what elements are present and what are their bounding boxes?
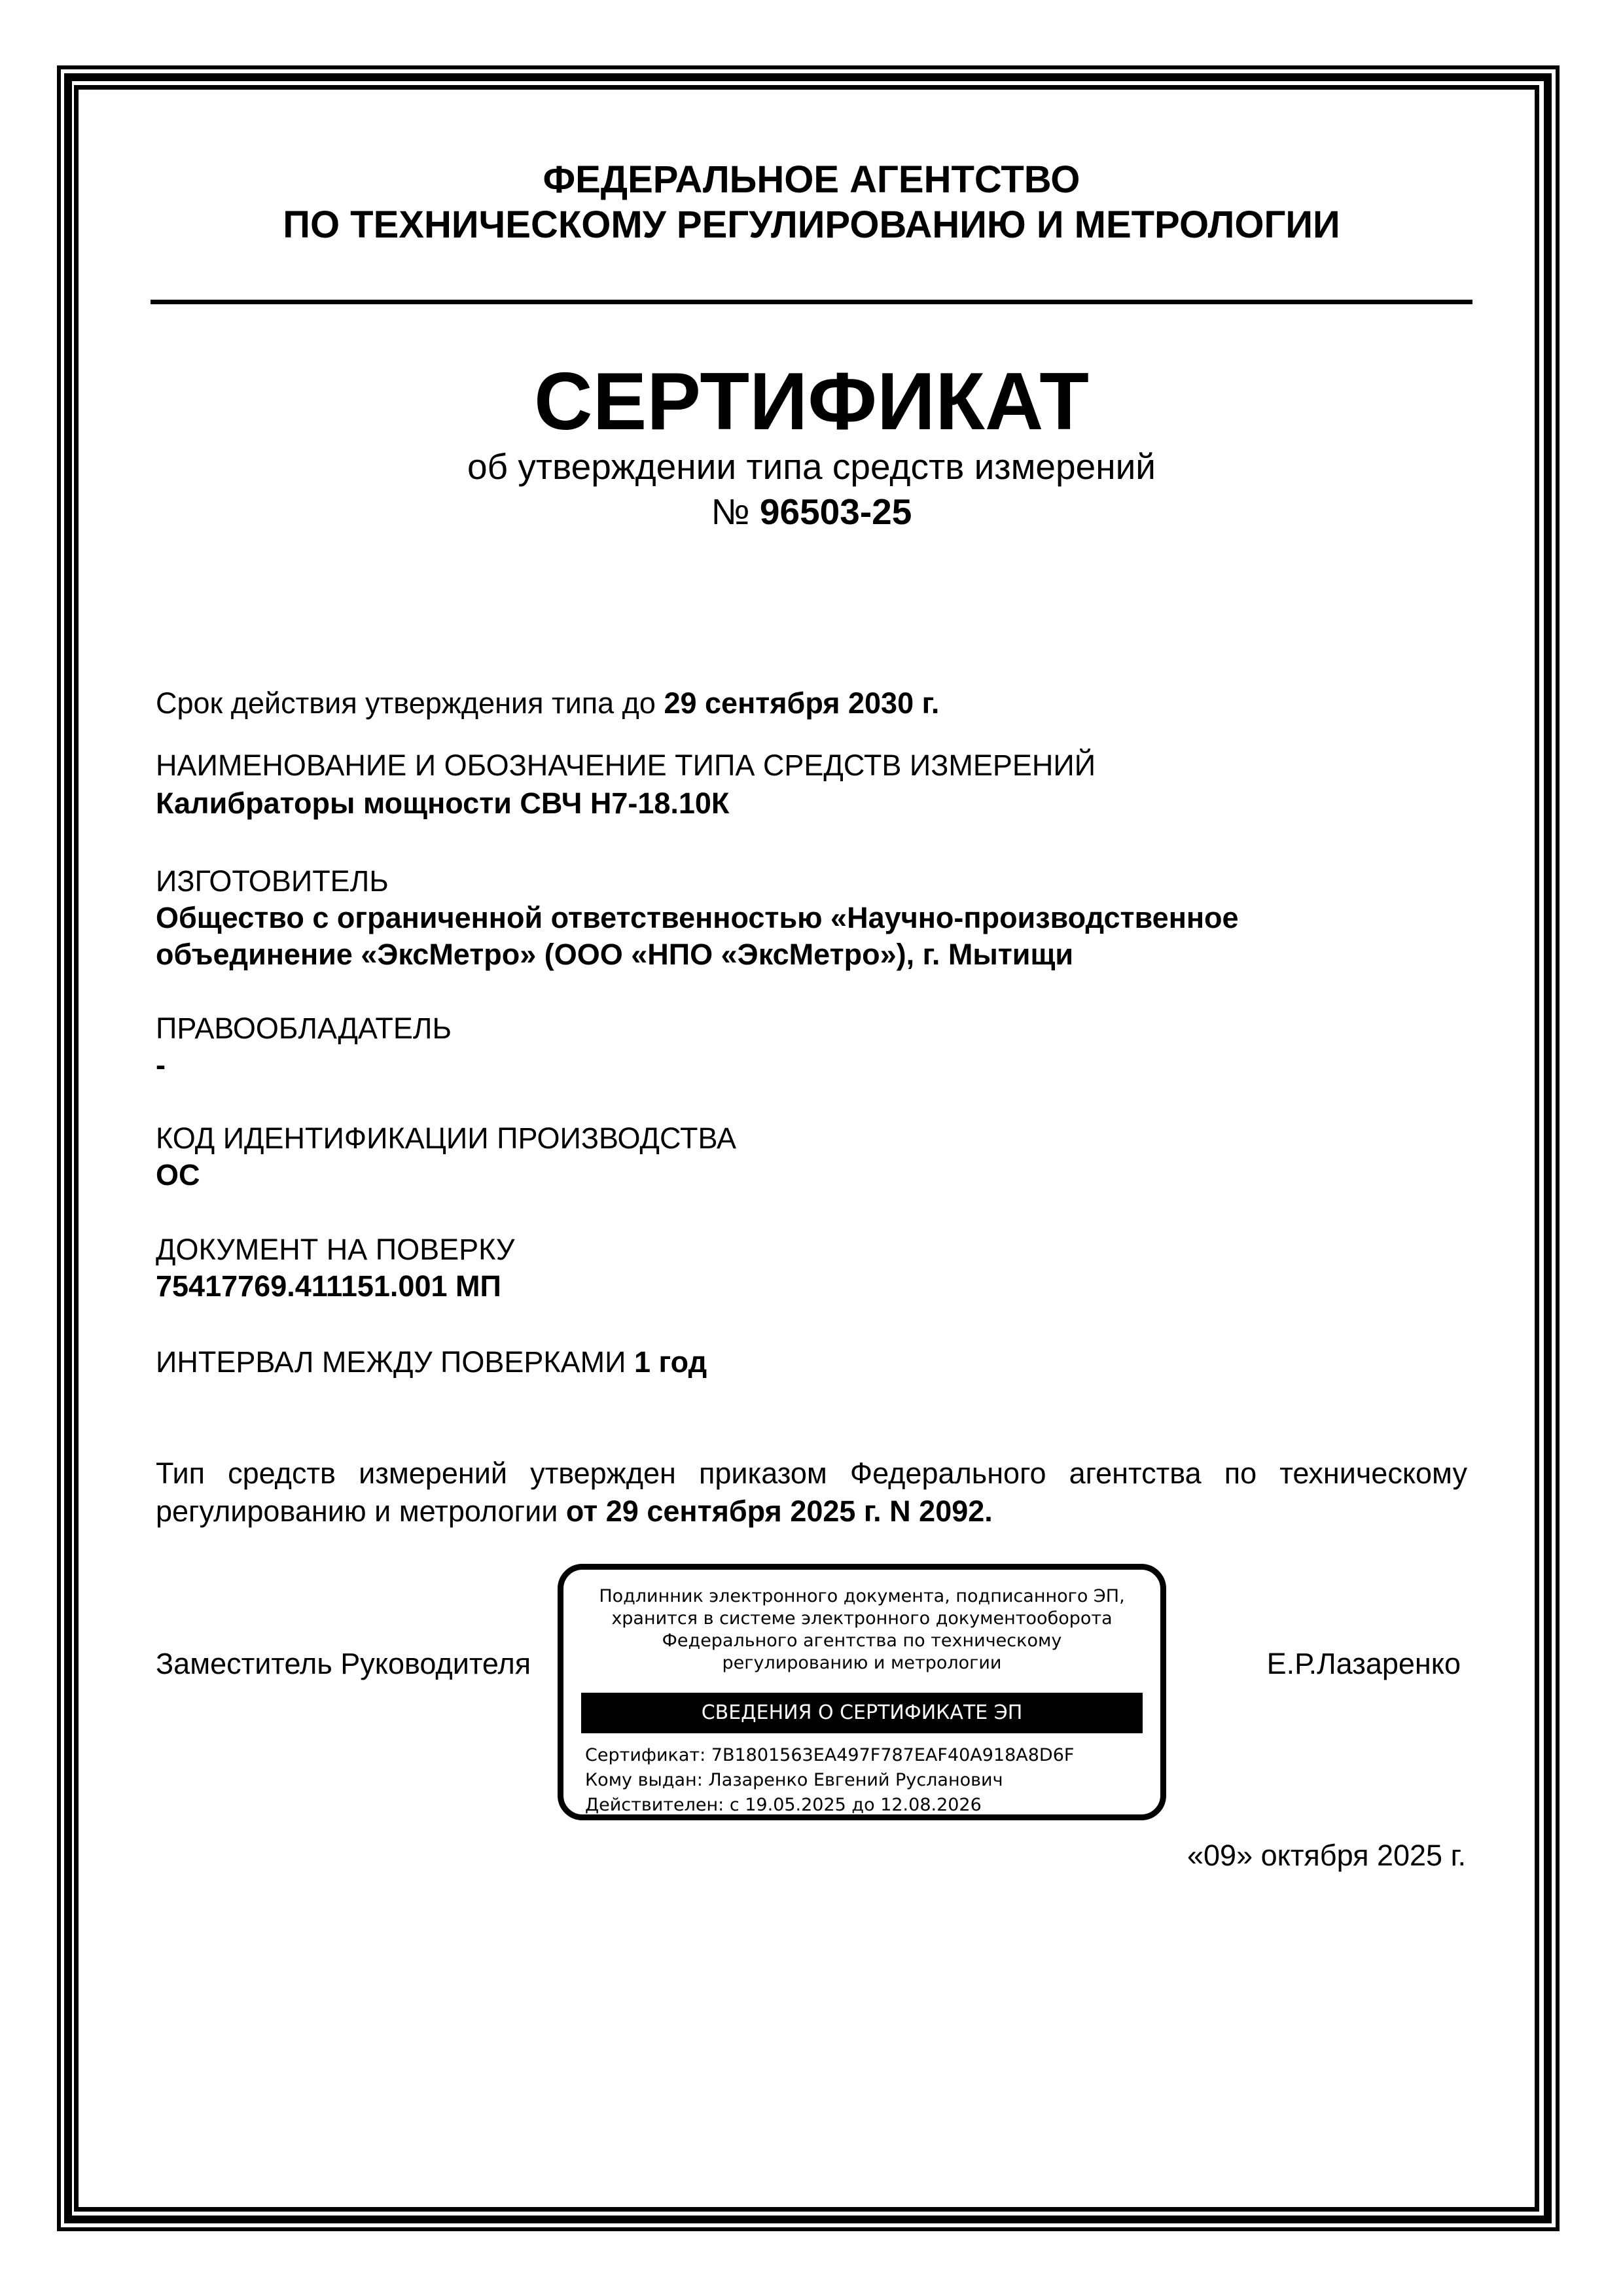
field-value-manufacturer-line1: Общество с ограниченной ответственностью…	[156, 903, 1239, 932]
stamp-issued-to: Кому выдан: Лазаренко Евгений Русланович	[585, 1768, 1074, 1793]
stamp-header-line: регулированию и метрологии	[563, 1652, 1160, 1674]
stamp-validity: Действителен: с 19.05.2025 до 12.08.2026	[585, 1793, 1074, 1818]
field-label-right-holder: ПРАВООБЛАДАТЕЛЬ	[156, 1014, 452, 1043]
interval-label: ИНТЕРВАЛ МЕЖДУ ПОВЕРКАМИ	[156, 1345, 626, 1379]
stamp-header: Подлинник электронного документа, подпис…	[563, 1585, 1160, 1674]
certificate-number-value: 96503-25	[760, 491, 912, 532]
interval-value: 1 год	[634, 1345, 707, 1379]
validity-date: 29 сентября 2030 г.	[664, 686, 939, 720]
agency-name-line1: ФЕДЕРАЛЬНОЕ АГЕНТСТВО	[0, 161, 1623, 199]
field-value-production-code: ОС	[156, 1160, 200, 1190]
stamp-band-title: СВЕДЕНИЯ О СЕРТИФИКАТЕ ЭП	[581, 1693, 1143, 1733]
field-value-manufacturer-line2: объединение «ЭксМетро» (ООО «НПО «ЭксМет…	[156, 940, 1073, 969]
validity-label: Срок действия утверждения типа до	[156, 686, 656, 720]
number-sign: №	[711, 491, 750, 532]
certificate-title: СЕРТИФИКАТ	[0, 361, 1623, 442]
field-value-type-name: Калибраторы мощности СВЧ Н7-18.10К	[156, 788, 729, 818]
field-label-verification-doc: ДОКУМЕНТ НА ПОВЕРКУ	[156, 1235, 514, 1264]
electronic-signature-stamp: Подлинник электронного документа, подпис…	[558, 1564, 1166, 1820]
field-value-verification-doc: 75417769.411151.001 МП	[156, 1271, 501, 1301]
header-divider	[151, 300, 1472, 304]
issue-date: «09» октября 2025 г.	[1187, 1841, 1466, 1870]
stamp-header-line: Федерального агентства по техническому	[563, 1630, 1160, 1652]
field-label-type-name: НАИМЕНОВАНИЕ И ОБОЗНАЧЕНИЕ ТИПА СРЕДСТВ …	[156, 751, 1096, 780]
signatory-name: Е.Р.Лазаренко	[1267, 1649, 1461, 1678]
signatory-position: Заместитель Руководителя	[156, 1649, 531, 1678]
approval-order-paragraph: Тип средств измерений утвержден приказом…	[156, 1455, 1467, 1530]
stamp-header-line: хранится в системе электронного документ…	[563, 1608, 1160, 1630]
stamp-certificate-info: Сертификат: 7B1801563EA497F787EAF40A918A…	[585, 1743, 1074, 1818]
stamp-certificate-serial: Сертификат: 7B1801563EA497F787EAF40A918A…	[585, 1743, 1074, 1768]
field-value-right-holder: -	[156, 1050, 166, 1080]
field-label-manufacturer: ИЗГОТОВИТЕЛЬ	[156, 866, 389, 896]
certificate-subtitle: об утверждении типа средств измерений	[0, 449, 1623, 485]
order-reference: от 29 сентября 2025 г. N 2092.	[566, 1494, 993, 1528]
agency-name-line2: ПО ТЕХНИЧЕСКОМУ РЕГУЛИРОВАНИЮ И МЕТРОЛОГ…	[0, 206, 1623, 244]
stamp-header-line: Подлинник электронного документа, подпис…	[563, 1585, 1160, 1608]
verification-interval: ИНТЕРВАЛ МЕЖДУ ПОВЕРКАМИ 1 год	[156, 1347, 707, 1377]
validity-line: Срок действия утверждения типа до 29 сен…	[156, 688, 939, 718]
certificate-number: № 96503-25	[0, 494, 1623, 530]
field-label-production-code: КОД ИДЕНТИФИКАЦИИ ПРОИЗВОДСТВА	[156, 1123, 736, 1153]
